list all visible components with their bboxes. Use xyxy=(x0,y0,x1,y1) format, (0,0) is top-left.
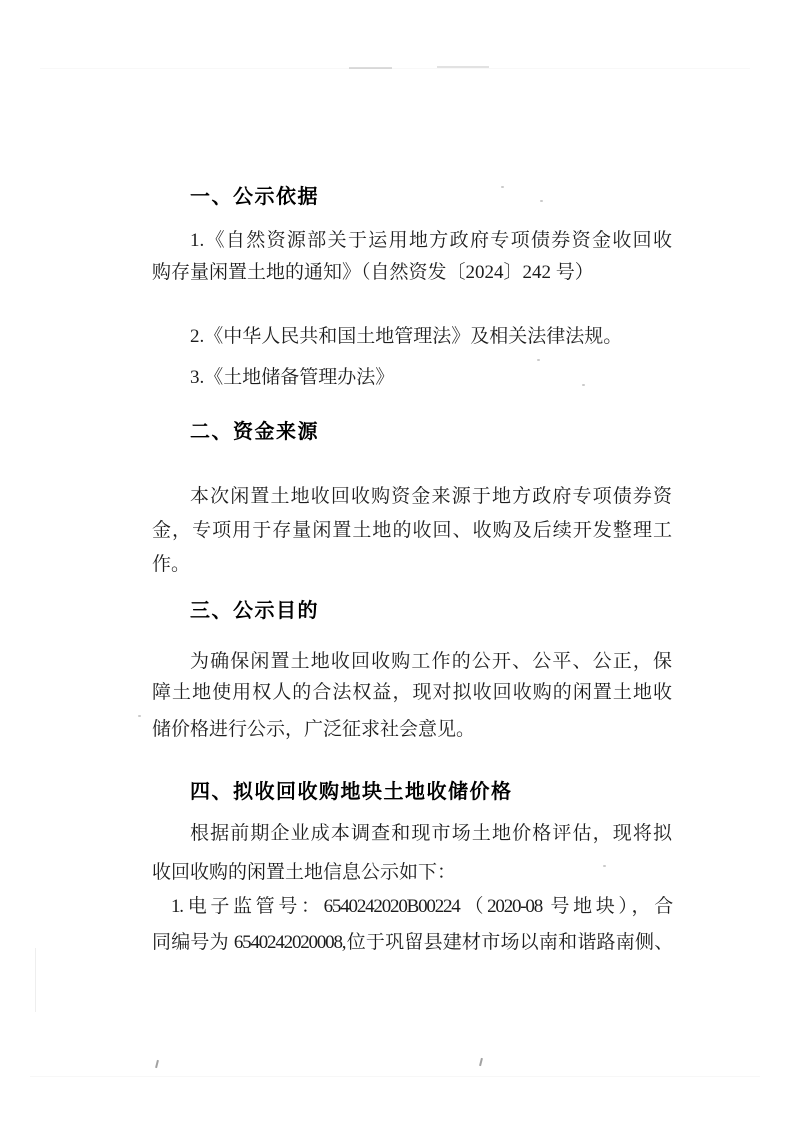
scan-artifact xyxy=(30,1076,760,1077)
section2-heading: 二、资金来源 xyxy=(152,414,672,450)
section1-item2: 2.《中华人民共和国土地管理法》及相关法律法规。 xyxy=(152,319,672,355)
section3-heading: 三、公示目的 xyxy=(152,593,672,629)
section1-item3: 3.《土地储备管理办法》 xyxy=(152,360,672,396)
section3-para-line3: 储价格进行公示，广泛征求社会意见。 xyxy=(152,712,672,748)
scan-artifact xyxy=(501,186,504,188)
section4-item1-line1: 1.电子监管号：6540242020B00224（2020-08 号地块），合 xyxy=(152,889,672,925)
section4-item1-line2: 同编号为 6540242020008,位于巩留县建材市场以南和谐路南侧、 xyxy=(152,925,672,961)
document-page: 一、公示依据 1.《自然资源部关于运用地方政府专项债券资金收回收 购存量闲置土地… xyxy=(0,0,793,1122)
scan-artifact xyxy=(155,1060,159,1068)
section4-heading: 四、拟收回收购地块土地收储价格 xyxy=(152,774,672,810)
scan-artifact xyxy=(582,384,585,386)
section2-para-line1: 本次闲置土地收回收购资金来源于地方政府专项债券资 xyxy=(152,479,672,515)
scan-artifact xyxy=(40,68,750,69)
section4-para-line1: 根据前期企业成本调查和现市场土地价格评估，现将拟 xyxy=(152,816,672,852)
scan-artifact xyxy=(540,200,543,202)
scan-artifact xyxy=(603,865,606,867)
section1-heading: 一、公示依据 xyxy=(152,179,672,215)
scan-artifact xyxy=(138,715,141,717)
section4-para-line2: 收回收购的闲置土地信息公示如下： xyxy=(152,855,672,891)
section2-para-line2: 金，专项用于存量闲置土地的收回、收购及后续开发整理工 xyxy=(152,513,672,549)
scan-artifact xyxy=(35,948,36,1012)
scan-artifact xyxy=(479,1058,483,1066)
scan-artifact xyxy=(349,67,392,69)
scan-artifact xyxy=(437,66,489,68)
section1-item1-line1: 1.《自然资源部关于运用地方政府专项债券资金收回收 xyxy=(152,223,672,259)
scan-artifact xyxy=(537,359,540,361)
section2-para-line3: 作。 xyxy=(152,547,672,583)
section3-para-line2: 障土地使用权人的合法权益，现对拟收回收购的闲置土地收 xyxy=(152,675,672,711)
section1-item1-line2: 购存量闲置土地的通知》（自然资发〔2024〕242 号） xyxy=(152,255,672,291)
